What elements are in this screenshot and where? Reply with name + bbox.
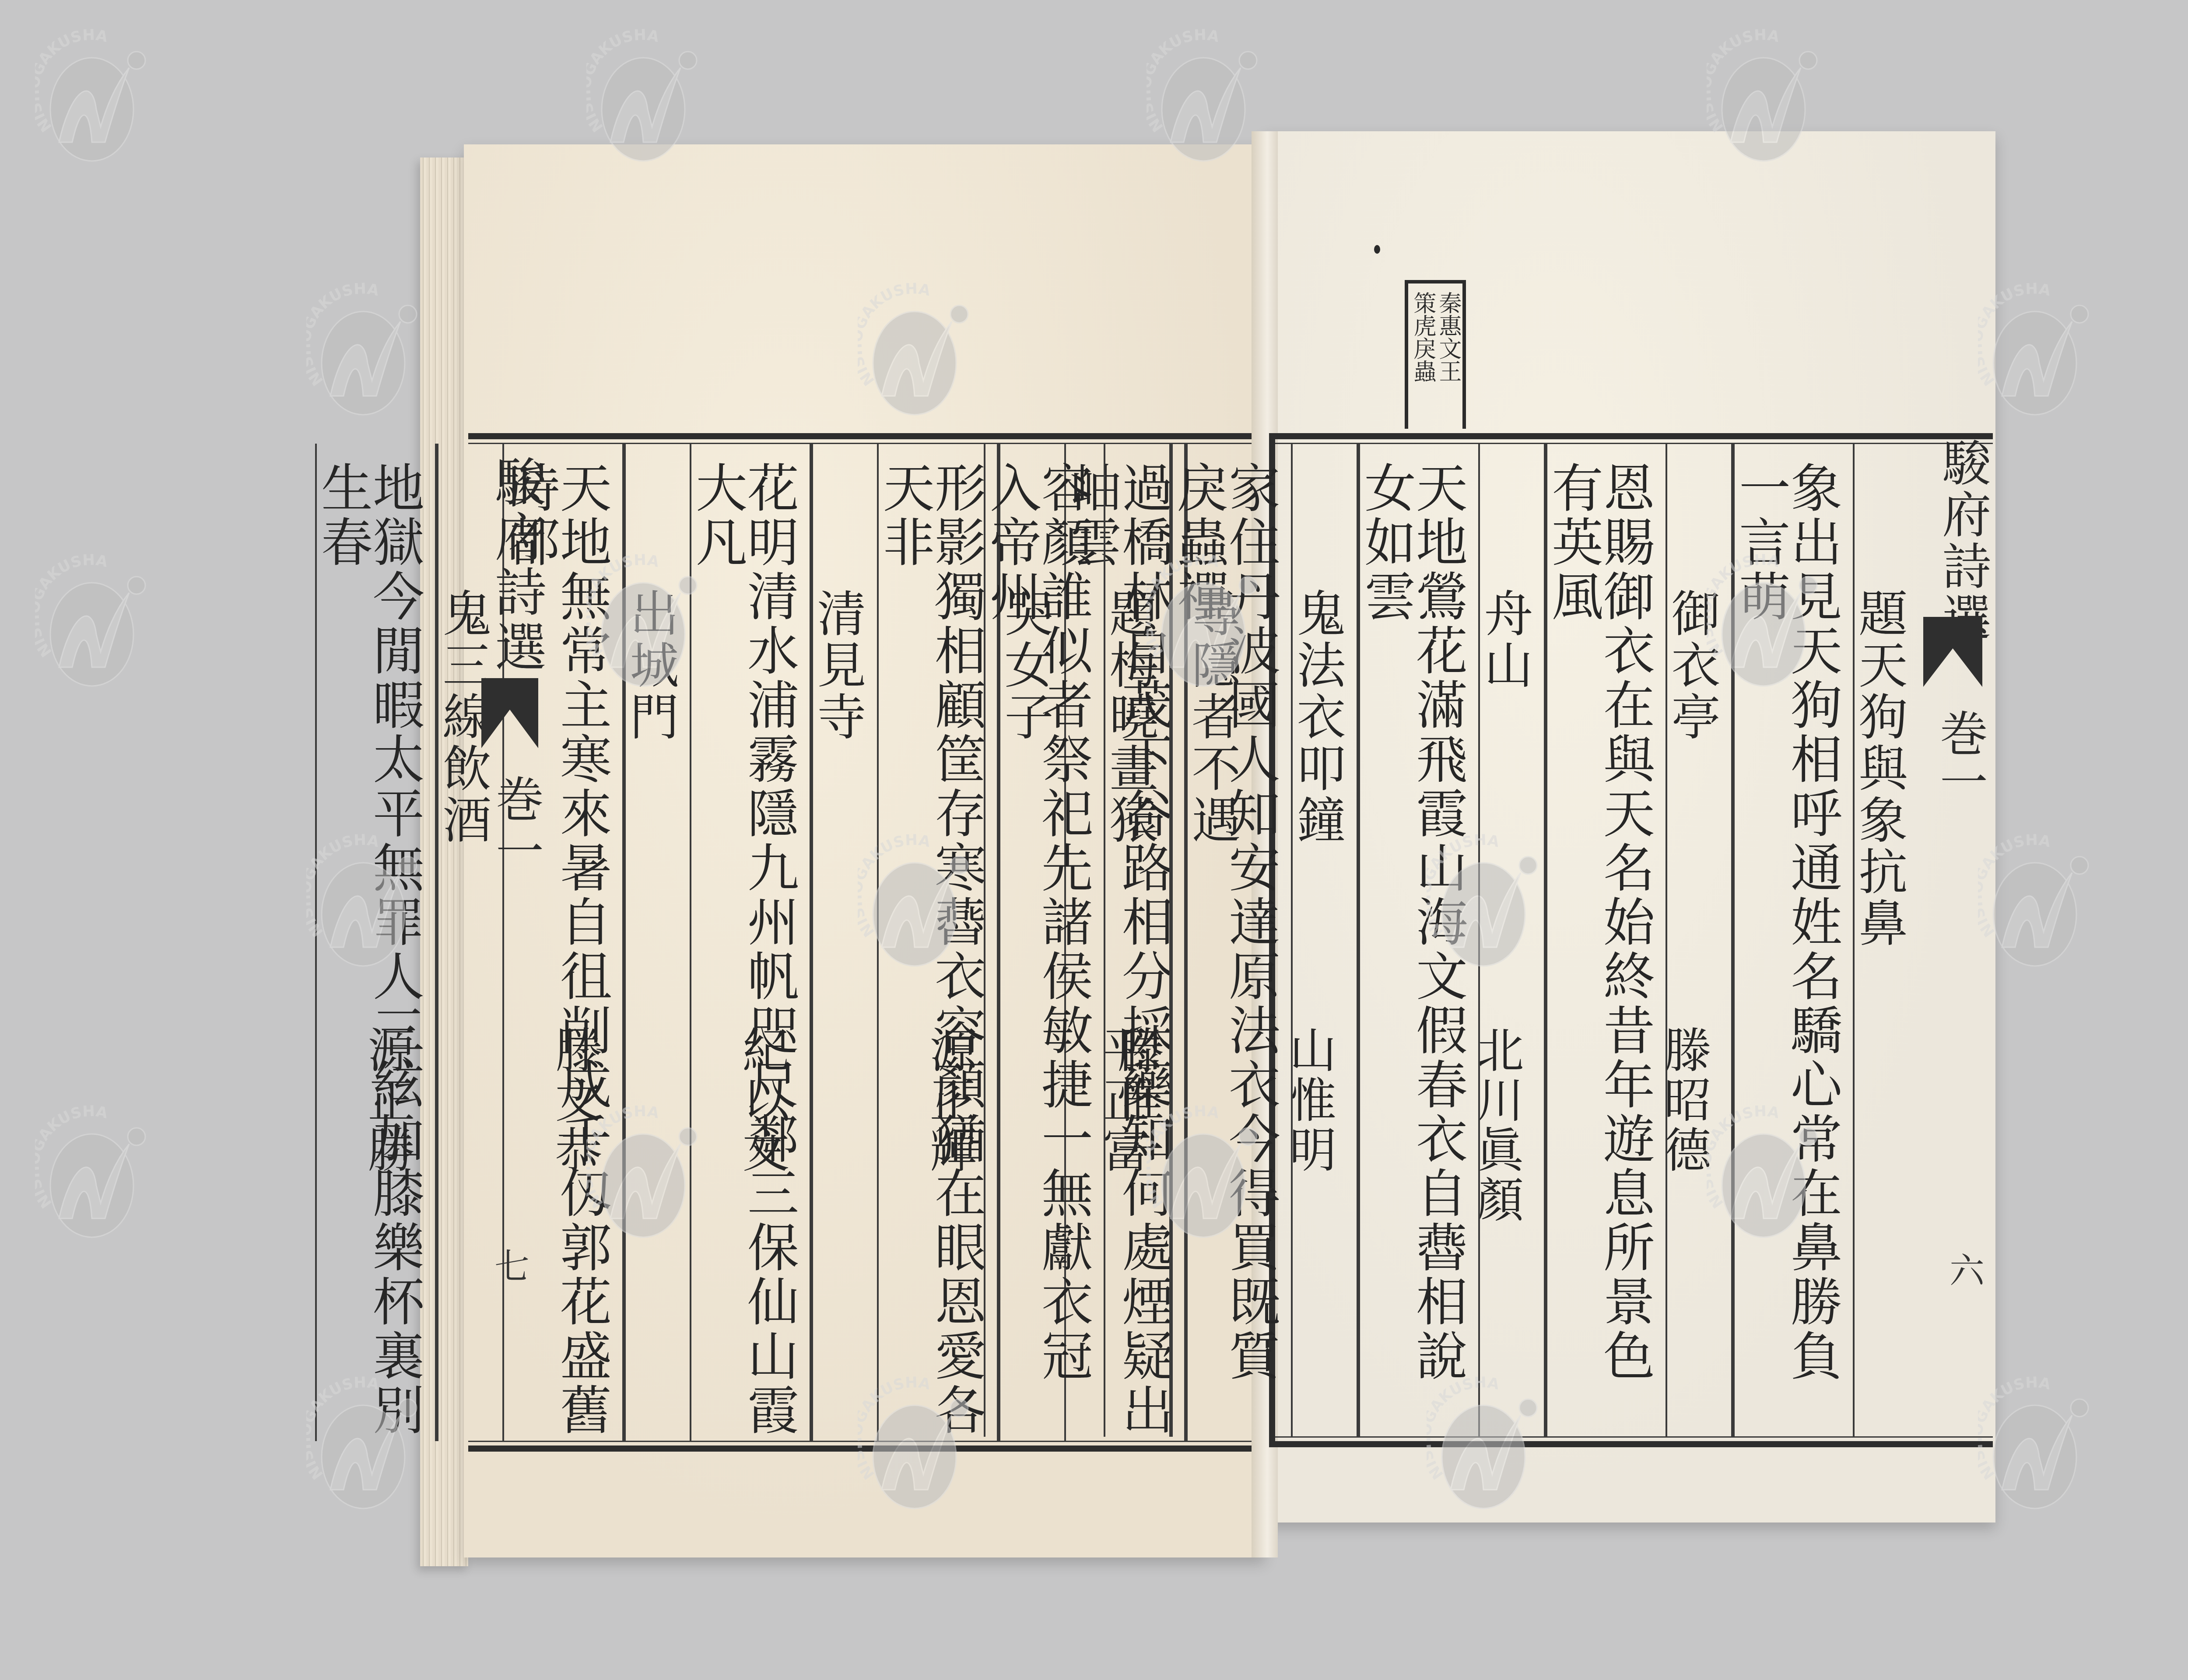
poem-text: 恩賜御衣在與天名始終昔年遊息所景色有英風: [1547, 461, 1651, 1437]
svg-text:NISHOGAKUSHA: NISHOGAKUSHA: [306, 280, 381, 389]
column-title: 題梅曉畫猿: [1104, 444, 1169, 1437]
headnote-line: 秦惠文王: [1437, 291, 1459, 429]
column-poem: 家住丹波國人知安達原法衣今得買既質戾蟲禪: [1171, 444, 1291, 1437]
poem-text: 花明清水浦霧隱九州帆咫尺鄰三保仙山霞大凡: [691, 461, 795, 1441]
hanshin-book-title: 駿府詩選: [1928, 437, 1998, 644]
svg-text:NISHOGAKUSHA: NISHOGAKUSHA: [1147, 26, 1221, 135]
svg-text:NISHOGAKUSHA: NISHOGAKUSHA: [35, 551, 109, 660]
column-author: 紀以文: [810, 444, 811, 1441]
poem-text: 地獄今閒暇太平無罪人三絃加膝樂杯裏別生春: [317, 461, 420, 1441]
poem-title: 清見寺: [813, 588, 862, 1441]
poem-title: 題梅曉畫猿: [1105, 588, 1154, 1437]
column-title: 御衣亭: [1666, 444, 1731, 1437]
svg-text:NISHOGAKUSHA: NISHOGAKUSHA: [35, 26, 109, 135]
nishogakusha-logo-icon: NISHOGAKUSHA: [35, 26, 149, 166]
page-number: 七: [494, 1238, 529, 1288]
column-author: 滕文恭: [622, 444, 624, 1441]
svg-text:NISHOGAKUSHA: NISHOGAKUSHA: [1707, 26, 1781, 135]
column-poem: 天地鶯花滿飛霞山海文假春衣自㬫相說女如雲: [1358, 444, 1478, 1437]
svg-text:NISHOGAKUSHA: NISHOGAKUSHA: [586, 26, 661, 135]
poem-title: 鬼法衣叩鐘: [1293, 588, 1342, 1437]
poem-text: 象出見天狗相呼通姓名驕心常在鼻勝負一言萌: [1735, 461, 1838, 1437]
column-author: 北川眞顏: [1544, 444, 1546, 1437]
column-title: 清見寺: [811, 444, 877, 1441]
poem-title: 舟山: [1480, 588, 1529, 1437]
column-poem: 形影獨相顧筐存寒㬫衣容顏猶在眼恩愛各天非: [877, 444, 997, 1441]
nishogakusha-logo-icon: NISHOGAKUSHA: [306, 280, 420, 420]
column-title: 舟山: [1478, 444, 1544, 1437]
hanshin-book-title: 駿府詩選: [479, 455, 554, 675]
column-author: 滕昭德: [1731, 444, 1733, 1437]
column-title: 鬼法衣叩鐘: [1291, 444, 1357, 1437]
poem-title: 題天狗與象抗鼻: [1855, 588, 1904, 1437]
poem-text: 形影獨相顧筐存寒㬫衣容顏猶在眼恩愛各天非: [879, 461, 982, 1441]
poem-title: 鬼三線飲酒: [438, 588, 487, 1441]
headnote-box: 秦惠文王 策虎戾蟲: [1405, 280, 1466, 429]
nishogakusha-logo-icon: NISHOGAKUSHA: [35, 1102, 149, 1242]
column-poem: 容顏誰似者祭祀先諸侯敏捷一無獻衣冠入帝州: [984, 444, 1104, 1437]
page-number: 六: [1950, 1242, 1985, 1293]
column-poem: 花明清水浦霧隱九州帆咫尺鄰三保仙山霞大凡: [690, 444, 810, 1441]
column-title: 題天狗與象抗鼻: [1853, 444, 1918, 1437]
column-poem: 象出見天狗相呼通姓名驕心常在鼻勝負一言萌: [1733, 444, 1853, 1437]
column-title: 出城門: [624, 444, 690, 1441]
ink-speck: [1374, 245, 1380, 254]
svg-text:NISHOGAKUSHA: NISHOGAKUSHA: [35, 1102, 109, 1211]
poem-text: 天地鶯花滿飛霞山海文假春衣自㬫相說女如雲: [1360, 461, 1463, 1437]
poem-text: 容顏誰似者祭祀先諸侯敏捷一無獻衣冠入帝州: [985, 461, 1089, 1437]
right-page-columns: 題天狗與象抗鼻象出見天狗相呼通姓名驕心常在鼻勝負一言萌滕昭德御衣亭恩賜御衣在與天…: [1275, 444, 1918, 1437]
poem-text: 家住丹波國人知安達原法衣今得買既質戾蟲禪: [1173, 461, 1276, 1437]
column-author: 山惟明: [1357, 444, 1358, 1437]
hanshin-volume: 巻一: [1925, 709, 1995, 805]
column-poem: 地獄今閒暇太平無罪人三絃加膝樂杯裏別生春: [315, 444, 435, 1441]
nishogakusha-logo-icon: NISHOGAKUSHA: [35, 551, 149, 691]
right-page-text-frame: 題天狗與象抗鼻象出見天狗相呼通姓名驕心常在鼻勝負一言萌滕昭德御衣亭恩賜御衣在與天…: [1269, 433, 1993, 1447]
poem-title: 御衣亭: [1667, 588, 1716, 1437]
headnote-line: 策虎戾蟲: [1411, 291, 1434, 429]
column-author: 平正富: [1169, 444, 1171, 1437]
column-author: 源正勝: [435, 444, 437, 1441]
hanshin-volume: 巻一: [481, 774, 551, 878]
poem-title: 出城門: [626, 588, 675, 1441]
column-poem: 恩賜御衣在與天名始終昔年遊息所景色有英風: [1546, 444, 1666, 1437]
